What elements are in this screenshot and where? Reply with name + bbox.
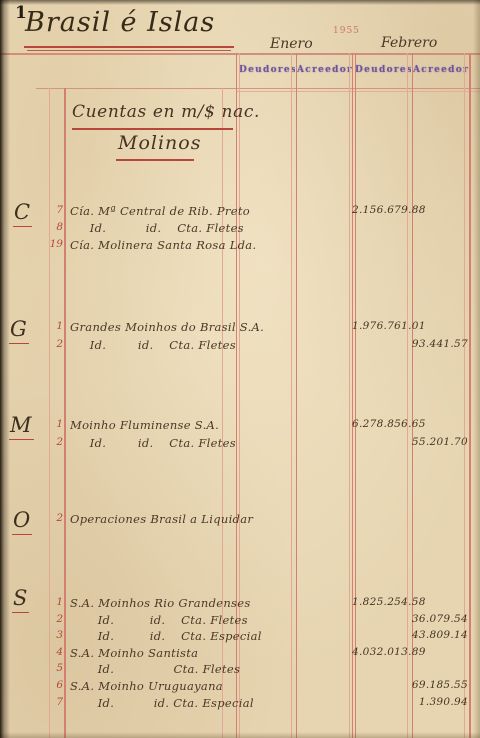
amount-deudores-febrero: 1.976.761.01	[352, 320, 426, 332]
ledger-row: 1 Moinho Fluminense S.A. 6.278.856.65	[0, 418, 480, 435]
amount-deudores-febrero: 2.156.679.88	[352, 204, 426, 216]
ledger-page: 1 Brasil é Islas 1955 Enero Febrero Deud…	[0, 0, 480, 738]
year-stamp: 1955	[333, 26, 360, 36]
ledger-row: 5 Id. Cta. Fletes	[0, 662, 480, 679]
row-number: 1	[48, 596, 63, 608]
amount-deudores-febrero: 4.032.013.89	[352, 646, 426, 658]
row-description: S.A. Moinhos Rio Grandenses	[70, 596, 251, 610]
row-description: Id. Cta. Fletes	[70, 662, 240, 676]
ledger-row: 8 Id. id. Cta. Fletes	[0, 221, 480, 238]
amount-acreedores-febrero: 55.201.70	[406, 436, 468, 448]
column-header-deudores-2: Deudores	[355, 63, 411, 78]
molinos-heading-underline	[116, 159, 194, 161]
row-number: 7	[48, 696, 63, 708]
ledger-row: 2 Id. id. Cta. Fletes 55.201.70	[0, 436, 480, 453]
ledger-row: 2 Id. id. Cta. Fletes 93.441.57	[0, 338, 480, 355]
row-number: 8	[48, 221, 63, 233]
row-number: 1	[48, 418, 63, 430]
title-underline	[24, 46, 234, 48]
ledger-row: 4 S.A. Moinho Santista 4.032.013.89	[0, 646, 480, 663]
molinos-heading: Molinos	[118, 132, 201, 154]
ledger-row: 19 Cía. Molinera Santa Rosa Lda.	[0, 238, 480, 255]
column-header-acreedores-2: Acreedores	[413, 63, 469, 78]
amount-acreedores-febrero: 1.390.94	[406, 696, 468, 708]
row-number: 19	[48, 238, 63, 250]
row-number: 2	[48, 613, 63, 625]
ledger-row: 6 S.A. Moinho Uruguayana 69.185.55	[0, 679, 480, 696]
header-rule-sub	[236, 91, 480, 92]
row-number: 2	[48, 338, 63, 350]
row-number: 1	[48, 320, 63, 332]
amount-acreedores-febrero: 93.441.57	[406, 338, 468, 350]
ledger-row: 1 Grandes Moinhos do Brasil S.A. 1.976.7…	[0, 320, 480, 337]
amount-acreedores-febrero: 36.079.54	[406, 613, 468, 625]
ledger-row: 3 Id. id. Cta. Especial 43.809.14	[0, 629, 480, 646]
ledger-row: 2 Operaciones Brasil a Liquidar	[0, 512, 480, 529]
row-description: Id. id. Cta. Especial	[70, 629, 262, 643]
row-description: S.A. Moinho Santista	[70, 646, 198, 660]
row-description: S.A. Moinho Uruguayana	[70, 679, 223, 693]
ledger-row: 7 Id. id. Cta. Especial 1.390.94	[0, 696, 480, 713]
month-left-label: Enero	[270, 36, 313, 52]
header-rule-bottom	[36, 88, 480, 89]
row-number: 5	[48, 662, 63, 674]
accounts-heading: Cuentas en m/$ nac.	[72, 102, 260, 122]
row-description: Cía. Molinera Santa Rosa Lda.	[70, 238, 256, 252]
row-number: 6	[48, 679, 63, 691]
row-number: 2	[48, 512, 63, 524]
row-number: 2	[48, 436, 63, 448]
row-description: Id. id. Cta. Especial	[70, 696, 254, 710]
title-underline-2	[27, 50, 231, 51]
row-description: Moinho Fluminense S.A.	[70, 418, 219, 432]
month-right-label: Febrero	[381, 35, 437, 51]
amount-deudores-febrero: 1.825.254.58	[352, 596, 426, 608]
row-number: 4	[48, 646, 63, 658]
page-title: Brasil é Islas	[25, 7, 215, 38]
column-header-deudores-1: Deudores	[239, 63, 295, 78]
header-rule-top	[0, 53, 480, 55]
amount-acreedores-febrero: 43.809.14	[406, 629, 468, 641]
row-number: 3	[48, 629, 63, 641]
row-description: Operaciones Brasil a Liquidar	[70, 512, 253, 526]
row-description: Id. id. Cta. Fletes	[70, 221, 244, 235]
row-number: 7	[48, 204, 63, 216]
row-description: Id. id. Cta. Fletes	[70, 613, 248, 627]
ledger-row: 1 S.A. Moinhos Rio Grandenses 1.825.254.…	[0, 596, 480, 613]
ledger-row: 7 Cía. Mª Central de Rib. Preto 2.156.67…	[0, 204, 480, 221]
accounts-heading-underline	[72, 128, 233, 130]
row-description: Id. id. Cta. Fletes	[70, 338, 236, 352]
row-description: Id. id. Cta. Fletes	[70, 436, 236, 450]
amount-acreedores-febrero: 69.185.55	[406, 679, 468, 691]
column-header-acreedores-1: Acreedores	[297, 63, 353, 78]
row-description: Grandes Moinhos do Brasil S.A.	[70, 320, 264, 334]
row-description: Cía. Mª Central de Rib. Preto	[70, 204, 250, 218]
amount-deudores-febrero: 6.278.856.65	[352, 418, 426, 430]
ledger-row: 2 Id. id. Cta. Fletes 36.079.54	[0, 613, 480, 630]
